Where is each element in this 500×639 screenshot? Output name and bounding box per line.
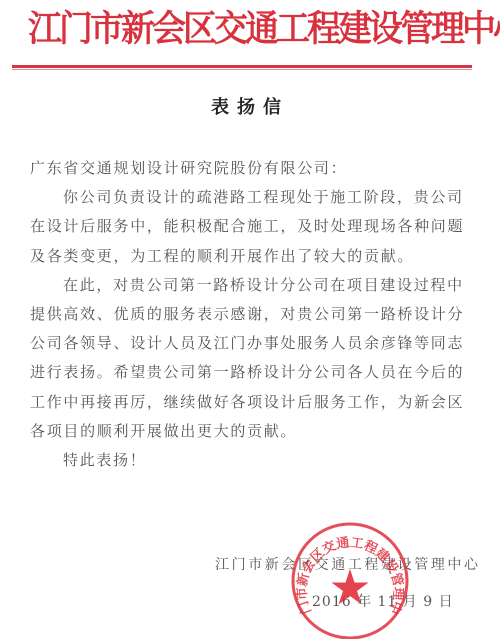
letterhead-divider-thin: [12, 69, 472, 70]
paragraph: 你公司负责设计的疏港路工程现处于施工阶段，贵公司在设计后服务中，能积极配合施工，…: [30, 183, 470, 271]
closing: 特此表扬！: [30, 446, 470, 475]
date: 2016 年 11 月 9 日: [312, 591, 454, 611]
signature: 江门市新会区交通工程建设管理中心: [215, 554, 481, 574]
paragraph: 在此，对贵公司第一路桥设计分公司在项目建设过程中提供高效、优质的服务表示感谢，对…: [30, 271, 470, 446]
salutation: 广东省交通规划设计研究院股份有限公司：: [30, 154, 470, 183]
letterhead-divider: [12, 65, 472, 68]
document-title: 表扬信: [0, 93, 500, 119]
official-seal: 江门市新会区交通工程建设管理中心: [290, 521, 410, 639]
letterhead-title: 江门市新会区交通工程建设管理中心: [28, 7, 458, 51]
letter-body: 广东省交通规划设计研究院股份有限公司： 你公司负责设计的疏港路工程现处于施工阶段…: [30, 154, 470, 475]
